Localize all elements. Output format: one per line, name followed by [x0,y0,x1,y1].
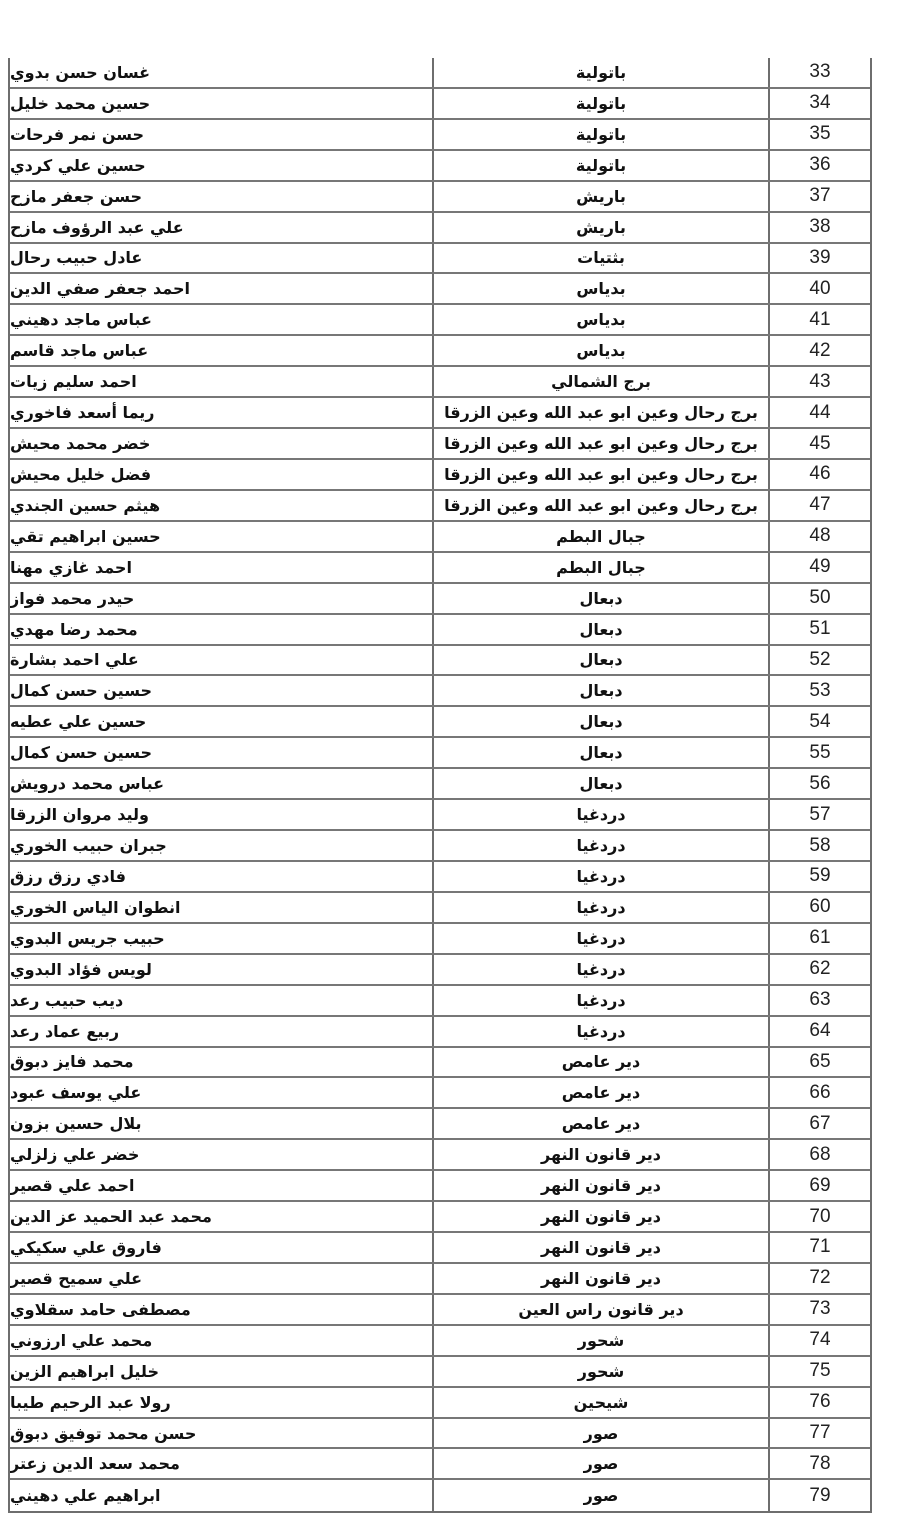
number-cell: 69 [770,1171,870,1200]
names-table: غسان حسن بدوي باتولية 33 حسين محمد خليل … [8,58,872,1513]
table-row: محمد سعد الدين زعتر صور 78 [10,1449,870,1480]
town-cell: برج رحال وعين ابو عبد الله وعين الزرقا [434,491,770,520]
number-cell: 39 [770,244,870,273]
table-row: بلال حسين بزون دير عامص 67 [10,1109,870,1140]
table-row: حبيب جريس البدوي دردغيا 61 [10,924,870,955]
number-cell: 56 [770,769,870,798]
town-cell: دير قانون النهر [434,1264,770,1293]
town-cell: دبعال [434,584,770,613]
name-cell: ديب حبيب رعد [10,986,434,1015]
number-cell: 74 [770,1326,870,1355]
table-row: علي احمد بشارة دبعال 52 [10,646,870,677]
number-cell: 62 [770,955,870,984]
number-cell: 36 [770,151,870,180]
town-cell: شحور [434,1357,770,1386]
table-row: محمد عبد الحميد عز الدين دير قانون النهر… [10,1202,870,1233]
name-cell: حسين ابراهيم تقي [10,522,434,551]
town-cell: جبال البطم [434,522,770,551]
town-cell: باريش [434,213,770,242]
table-row: علي يوسف عبود دير عامص 66 [10,1078,870,1109]
table-row: محمد فايز دبوق دير عامص 65 [10,1048,870,1079]
number-cell: 64 [770,1017,870,1046]
town-cell: جبال البطم [434,553,770,582]
name-cell: محمد رضا مهدي [10,615,434,644]
table-row: احمد جعفر صفي الدين بدياس 40 [10,274,870,305]
town-cell: دير قانون النهر [434,1171,770,1200]
number-cell: 38 [770,213,870,242]
number-cell: 45 [770,429,870,458]
number-cell: 41 [770,305,870,334]
table-row: محمد رضا مهدي دبعال 51 [10,615,870,646]
table-row: خليل ابراهيم الزين شحور 75 [10,1357,870,1388]
name-cell: عباس محمد درويش [10,769,434,798]
number-cell: 63 [770,986,870,1015]
number-cell: 40 [770,274,870,303]
number-cell: 58 [770,831,870,860]
name-cell: حسين حسن كمال [10,676,434,705]
table-row: احمد سليم زيات برج الشمالي 43 [10,367,870,398]
name-cell: جبران حبيب الخوري [10,831,434,860]
town-cell: دردغيا [434,1017,770,1046]
town-cell: دردغيا [434,955,770,984]
name-cell: وليد مروان الزرقا [10,800,434,829]
town-cell: باتولية [434,89,770,118]
name-cell: حيدر محمد فواز [10,584,434,613]
town-cell: دير عامص [434,1078,770,1107]
table-row: وليد مروان الزرقا دردغيا 57 [10,800,870,831]
town-cell: برج رحال وعين ابو عبد الله وعين الزرقا [434,429,770,458]
number-cell: 48 [770,522,870,551]
table-row: محمد علي ارزوني شحور 74 [10,1326,870,1357]
name-cell: رولا عبد الرحيم طيبا [10,1388,434,1417]
number-cell: 53 [770,676,870,705]
number-cell: 70 [770,1202,870,1231]
name-cell: محمد فايز دبوق [10,1048,434,1077]
name-cell: خضر محمد محيش [10,429,434,458]
name-cell: احمد علي قصير [10,1171,434,1200]
name-cell: علي سميح قصير [10,1264,434,1293]
table-row: عباس محمد درويش دبعال 56 [10,769,870,800]
number-cell: 42 [770,336,870,365]
table-row: احمد علي قصير دير قانون النهر 69 [10,1171,870,1202]
number-cell: 43 [770,367,870,396]
table-row: جبران حبيب الخوري دردغيا 58 [10,831,870,862]
table-row: خضر علي زلزلي دير قانون النهر 68 [10,1140,870,1171]
name-cell: مصطفى حامد سقلاوي [10,1295,434,1324]
number-cell: 61 [770,924,870,953]
number-cell: 60 [770,893,870,922]
number-cell: 46 [770,460,870,489]
name-cell: حسن محمد توفيق دبوق [10,1419,434,1448]
town-cell: باتولية [434,151,770,180]
name-cell: علي يوسف عبود [10,1078,434,1107]
table-row: حسين ابراهيم تقي جبال البطم 48 [10,522,870,553]
number-cell: 52 [770,646,870,675]
table-row: فادي رزق رزق دردغيا 59 [10,862,870,893]
name-cell: حسين حسن كمال [10,738,434,767]
table-row: عباس ماجد قاسم بدياس 42 [10,336,870,367]
town-cell: دبعال [434,769,770,798]
number-cell: 79 [770,1480,870,1511]
town-cell: دير قانون راس العين [434,1295,770,1324]
table-row: حسن محمد توفيق دبوق صور 77 [10,1419,870,1450]
town-cell: دردغيا [434,893,770,922]
town-cell: صور [434,1419,770,1448]
name-cell: حسين علي كردي [10,151,434,180]
table-row: عادل حبيب رحال بثتيات 39 [10,244,870,275]
name-cell: احمد جعفر صفي الدين [10,274,434,303]
number-cell: 57 [770,800,870,829]
town-cell: دردغيا [434,924,770,953]
table-row: حسين علي كردي باتولية 36 [10,151,870,182]
name-cell: احمد غازي مهنا [10,553,434,582]
number-cell: 72 [770,1264,870,1293]
town-cell: دير قانون النهر [434,1202,770,1231]
number-cell: 67 [770,1109,870,1138]
name-cell: غسان حسن بدوي [10,58,434,87]
number-cell: 44 [770,398,870,427]
town-cell: دير عامص [434,1048,770,1077]
name-cell: علي عبد الرؤوف مازح [10,213,434,242]
name-cell: حبيب جريس البدوي [10,924,434,953]
town-cell: بثتيات [434,244,770,273]
table-row: خضر محمد محيش برج رحال وعين ابو عبد الله… [10,429,870,460]
town-cell: صور [434,1449,770,1478]
number-cell: 71 [770,1233,870,1262]
town-cell: دردغيا [434,800,770,829]
name-cell: احمد سليم زيات [10,367,434,396]
town-cell: دبعال [434,615,770,644]
town-cell: دير قانون النهر [434,1233,770,1262]
town-cell: برج الشمالي [434,367,770,396]
name-cell: بلال حسين بزون [10,1109,434,1138]
name-cell: ريما أسعد فاخوري [10,398,434,427]
table-row: رولا عبد الرحيم طيبا شيحين 76 [10,1388,870,1419]
table-row: ابراهيم علي دهيني صور 79 [10,1480,870,1511]
town-cell: دبعال [434,738,770,767]
name-cell: فادي رزق رزق [10,862,434,891]
town-cell: شحور [434,1326,770,1355]
table-row: حسن جعفر مازح باريش 37 [10,182,870,213]
name-cell: عباس ماجد قاسم [10,336,434,365]
number-cell: 33 [770,58,870,87]
table-row: ريما أسعد فاخوري برج رحال وعين ابو عبد ا… [10,398,870,429]
name-cell: خليل ابراهيم الزين [10,1357,434,1386]
name-cell: فاروق علي سكيكي [10,1233,434,1262]
name-cell: محمد سعد الدين زعتر [10,1449,434,1478]
number-cell: 66 [770,1078,870,1107]
name-cell: فضل خليل محيش [10,460,434,489]
number-cell: 50 [770,584,870,613]
town-cell: برج رحال وعين ابو عبد الله وعين الزرقا [434,460,770,489]
town-cell: دبعال [434,646,770,675]
name-cell: عباس ماجد دهيني [10,305,434,334]
table-row: احمد غازي مهنا جبال البطم 49 [10,553,870,584]
name-cell: محمد علي ارزوني [10,1326,434,1355]
number-cell: 68 [770,1140,870,1169]
name-cell: لويس فؤاد البدوي [10,955,434,984]
town-cell: بدياس [434,274,770,303]
table-row: فضل خليل محيش برج رحال وعين ابو عبد الله… [10,460,870,491]
town-cell: دردغيا [434,986,770,1015]
number-cell: 47 [770,491,870,520]
town-cell: بدياس [434,336,770,365]
town-cell: شيحين [434,1388,770,1417]
number-cell: 34 [770,89,870,118]
number-cell: 75 [770,1357,870,1386]
table-row: مصطفى حامد سقلاوي دير قانون راس العين 73 [10,1295,870,1326]
table-row: هيثم حسين الجندي برج رحال وعين ابو عبد ا… [10,491,870,522]
table-row: علي سميح قصير دير قانون النهر 72 [10,1264,870,1295]
town-cell: دردغيا [434,862,770,891]
name-cell: ربيع عماد رعد [10,1017,434,1046]
number-cell: 35 [770,120,870,149]
number-cell: 59 [770,862,870,891]
town-cell: دير قانون النهر [434,1140,770,1169]
number-cell: 54 [770,707,870,736]
table-row: فاروق علي سكيكي دير قانون النهر 71 [10,1233,870,1264]
table-row: حسين حسن كمال دبعال 55 [10,738,870,769]
name-cell: حسين محمد خليل [10,89,434,118]
name-cell: حسن نمر فرحات [10,120,434,149]
number-cell: 55 [770,738,870,767]
number-cell: 78 [770,1449,870,1478]
table-row: ديب حبيب رعد دردغيا 63 [10,986,870,1017]
number-cell: 77 [770,1419,870,1448]
number-cell: 65 [770,1048,870,1077]
town-cell: باتولية [434,120,770,149]
name-cell: هيثم حسين الجندي [10,491,434,520]
number-cell: 49 [770,553,870,582]
number-cell: 76 [770,1388,870,1417]
town-cell: برج رحال وعين ابو عبد الله وعين الزرقا [434,398,770,427]
name-cell: انطوان الياس الخوري [10,893,434,922]
town-cell: دير عامص [434,1109,770,1138]
town-cell: دبعال [434,707,770,736]
number-cell: 73 [770,1295,870,1324]
table-row: حيدر محمد فواز دبعال 50 [10,584,870,615]
table-row: حسين محمد خليل باتولية 34 [10,89,870,120]
table-row: ربيع عماد رعد دردغيا 64 [10,1017,870,1048]
table-row: انطوان الياس الخوري دردغيا 60 [10,893,870,924]
name-cell: عادل حبيب رحال [10,244,434,273]
name-cell: علي احمد بشارة [10,646,434,675]
table-row: عباس ماجد دهيني بدياس 41 [10,305,870,336]
town-cell: باريش [434,182,770,211]
number-cell: 51 [770,615,870,644]
name-cell: ابراهيم علي دهيني [10,1480,434,1511]
name-cell: حسن جعفر مازح [10,182,434,211]
table-row: لويس فؤاد البدوي دردغيا 62 [10,955,870,986]
table-row: حسين حسن كمال دبعال 53 [10,676,870,707]
town-cell: باتولية [434,58,770,87]
table-row: علي عبد الرؤوف مازح باريش 38 [10,213,870,244]
name-cell: حسين علي عطيه [10,707,434,736]
table-row: حسن نمر فرحات باتولية 35 [10,120,870,151]
town-cell: صور [434,1480,770,1511]
town-cell: دبعال [434,676,770,705]
number-cell: 37 [770,182,870,211]
town-cell: دردغيا [434,831,770,860]
table-row: حسين علي عطيه دبعال 54 [10,707,870,738]
name-cell: محمد عبد الحميد عز الدين [10,1202,434,1231]
name-cell: خضر علي زلزلي [10,1140,434,1169]
town-cell: بدياس [434,305,770,334]
table-row: غسان حسن بدوي باتولية 33 [10,58,870,89]
